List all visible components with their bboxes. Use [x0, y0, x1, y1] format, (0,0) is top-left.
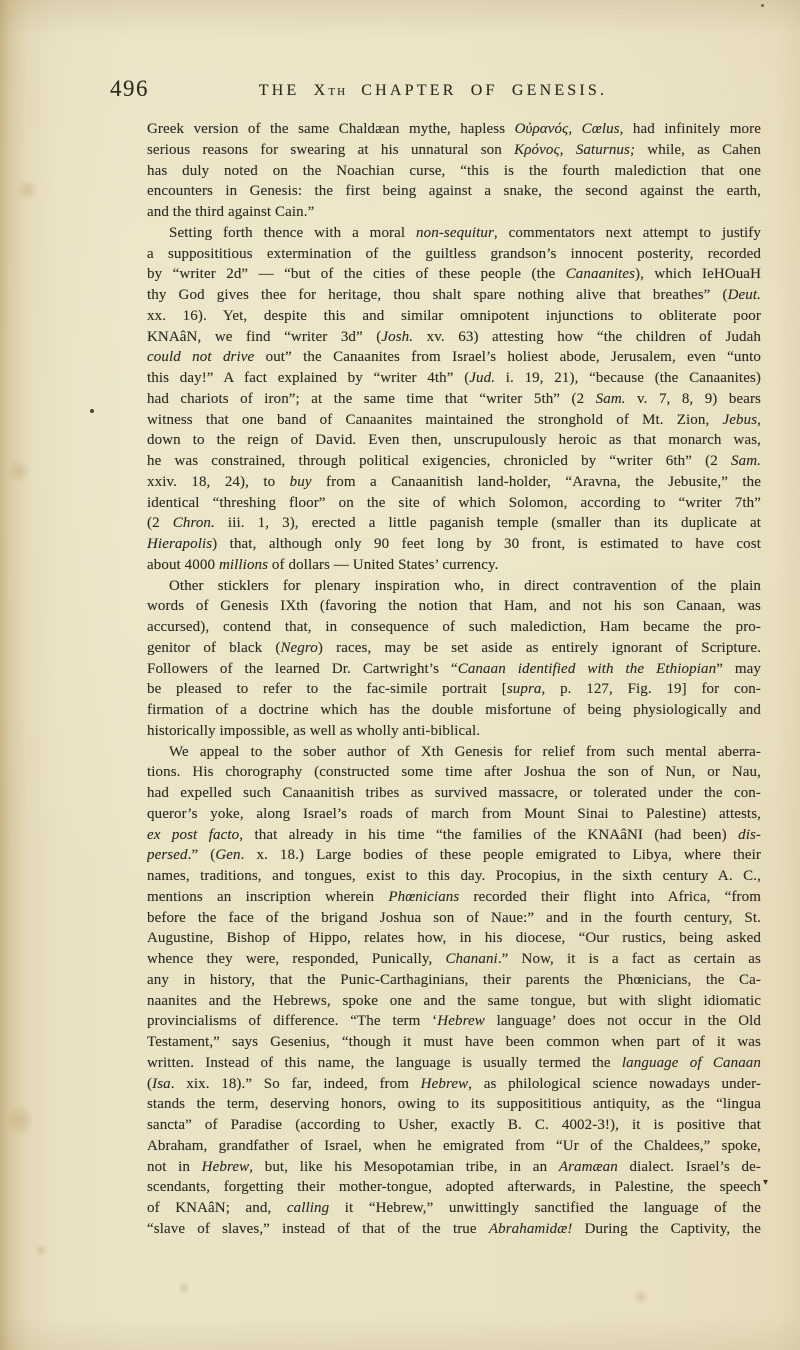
text-line: Abraham, grandfather of Israel, when he … — [147, 1136, 761, 1157]
chapter-header-ordinal: TH — [328, 86, 347, 98]
text-line: mentions an inscription wherein Phœnicia… — [147, 887, 761, 908]
text-line: scendants, forgetting their mother-tongu… — [147, 1177, 761, 1198]
text-line: had chariots of iron”; at the same time … — [147, 389, 761, 410]
chapter-header-rest: CHAPTER OF GENESIS. — [347, 82, 607, 99]
text-line: he was constrained, through political ex… — [147, 451, 761, 472]
text-line: before the face of the brigand Joshua so… — [147, 908, 761, 929]
text-line: Hierapolis) that, although only 90 feet … — [147, 534, 761, 555]
foxing-spot — [8, 1100, 32, 1140]
text-line: firmation of a doctrine which has the do… — [147, 700, 761, 721]
text-line: ex post facto, that already in his time … — [147, 825, 761, 846]
text-line: genitor of black (Negro) races, may be s… — [147, 638, 761, 659]
text-line: identical “threshing floor” on the site … — [147, 493, 761, 514]
foxing-spot — [14, 180, 40, 200]
text-line: thy God gives thee for heritage, thou sh… — [147, 285, 761, 306]
foxing-spot — [34, 1244, 48, 1256]
foxing-spot — [8, 458, 30, 484]
text-line: Greek version of the same Chaldæan mythe… — [147, 119, 761, 140]
text-line: persed.” (Gen. x. 18.) Large bodies of t… — [147, 845, 761, 866]
text-line: xxiv. 18, 24), to buy from a Canaanitish… — [147, 472, 761, 493]
ink-speck — [761, 4, 764, 7]
text-line: Testament,” says Gesenius, “though it mu… — [147, 1032, 761, 1053]
text-line: had expelled such Canaanitish tribes as … — [147, 783, 761, 804]
body-text: Greek version of the same Chaldæan mythe… — [147, 119, 761, 1240]
paragraph: Greek version of the same Chaldæan mythe… — [147, 119, 761, 223]
text-line: naanites and the Hebrews, spoke one and … — [147, 991, 761, 1012]
text-line: KNAâN, we find “writer 3d” (Josh. xv. 63… — [147, 327, 761, 348]
text-line: Other sticklers for plenary inspiration … — [147, 576, 761, 597]
chapter-header: THE XTH CHAPTER OF GENESIS. — [125, 82, 741, 100]
text-line: any in history, that the Punic-Carthagin… — [147, 970, 761, 991]
text-line: encounters in Genesis: the first being a… — [147, 181, 761, 202]
text-line: Setting forth thence with a moral non-se… — [147, 223, 761, 244]
text-line: could not drive out” the Canaanites from… — [147, 347, 761, 368]
text-line: witness that one band of Canaanites main… — [147, 410, 761, 431]
text-line: whence they were, responded, Punically, … — [147, 949, 761, 970]
text-line: Augustine, Bishop of Hippo, relates how,… — [147, 928, 761, 949]
paragraph: Setting forth thence with a moral non-se… — [147, 223, 761, 576]
book-page: { "page": { "number": "496", "header_tit… — [0, 0, 800, 1350]
text-line: provincialisms of difference. “The term … — [147, 1011, 761, 1032]
text-line: be pleased to refer to the fac-simile po… — [147, 679, 761, 700]
text-line: serious reasons for swearing at his unna… — [147, 140, 761, 161]
text-line: historically impossible, as well as whol… — [147, 721, 761, 742]
text-line: xx. 16). Yet, despite this and similar o… — [147, 306, 761, 327]
text-line: “slave of slaves,” instead of that of th… — [147, 1219, 761, 1240]
text-line: has duly noted on the Noachian curse, “t… — [147, 161, 761, 182]
text-line: queror’s yoke, along Israel’s roads of m… — [147, 804, 761, 825]
text-line: about 4000 millions of dollars — United … — [147, 555, 761, 576]
text-line: words of Genesis IXth (favoring the noti… — [147, 596, 761, 617]
text-line: of KNAâN; and, calling it “Hebrew,” unwi… — [147, 1198, 761, 1219]
text-line: stands the term, deserving honors, owing… — [147, 1094, 761, 1115]
text-line: and the third against Cain.” — [147, 202, 761, 223]
text-line: (2 Chron. iii. 1, 3), erected a little p… — [147, 513, 761, 534]
ink-mark-triangle: ▾ — [763, 1178, 768, 1188]
text-line: not in Hebrew, but, like his Mesopotamia… — [147, 1157, 761, 1178]
text-line: We appeal to the sober author of Xth Gen… — [147, 742, 761, 763]
text-line: accursed), contend that, in consequence … — [147, 617, 761, 638]
text-line: down to the reign of David. Even then, u… — [147, 430, 761, 451]
text-line: this day!” A fact explained by “writer 4… — [147, 368, 761, 389]
chapter-header-prefix: THE X — [259, 82, 329, 99]
text-line: (Isa. xix. 18).” So far, indeed, from He… — [147, 1074, 761, 1095]
text-line: names, traditions, and tongues, exist to… — [147, 866, 761, 887]
text-line: tions. His chorography (constructed some… — [147, 762, 761, 783]
ink-speck — [90, 409, 94, 413]
text-line: sancta” of Paradise (according to Usher,… — [147, 1115, 761, 1136]
text-line: written. Instead of this name, the langu… — [147, 1053, 761, 1074]
foxing-spot — [176, 1282, 192, 1294]
foxing-spot — [632, 1290, 650, 1304]
text-line: Followers of the learned Dr. Cartwright’… — [147, 659, 761, 680]
text-line: by “writer 2d” — “but of the cities of t… — [147, 264, 761, 285]
text-line: a supposititious extermination of the gu… — [147, 244, 761, 265]
paragraph: Other sticklers for plenary inspiration … — [147, 576, 761, 742]
paragraph: We appeal to the sober author of Xth Gen… — [147, 742, 761, 1240]
